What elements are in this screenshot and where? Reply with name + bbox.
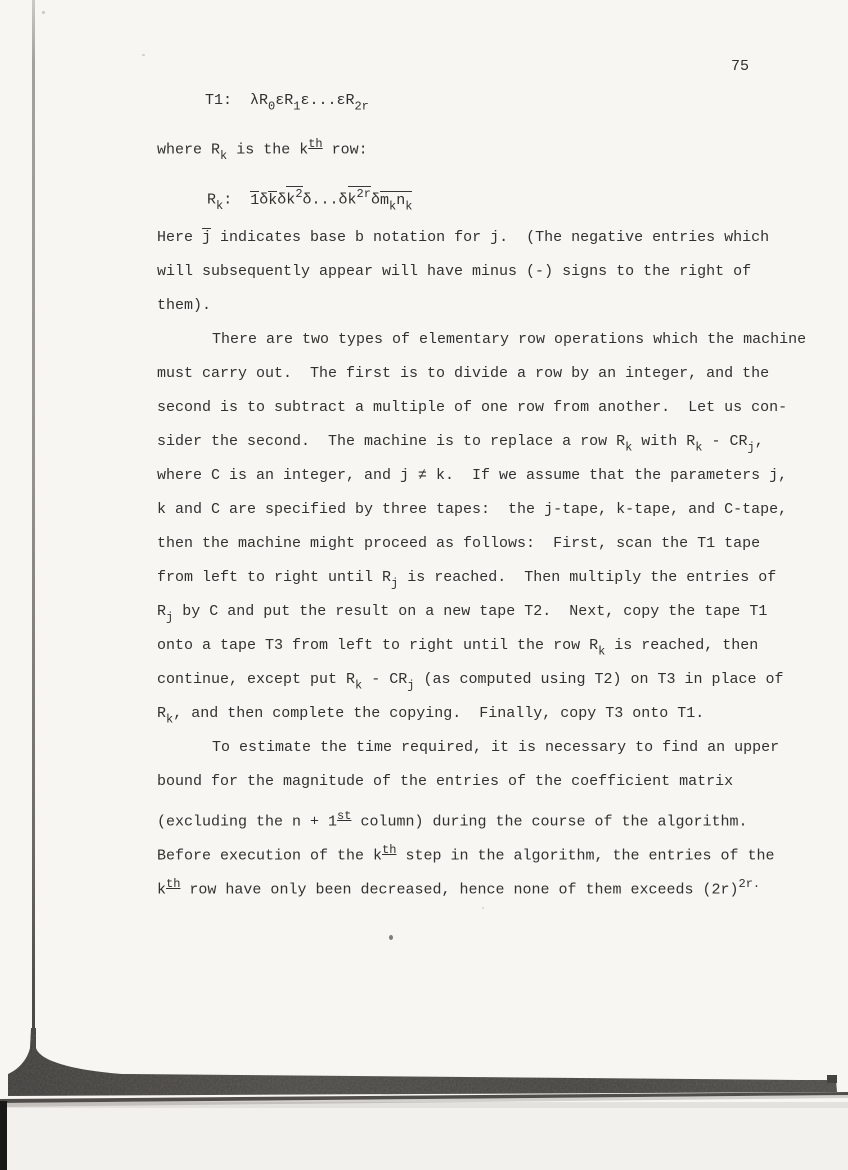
text-line: Rj by C and put the result on a new tape… [157, 595, 837, 629]
text-line: bound for the magnitude of the entries o… [157, 765, 837, 799]
text-line: them). [157, 289, 837, 323]
formula-rk-row: Rk: 1δkδk2δ...δk2rδmknk [207, 186, 412, 216]
text-line: will subsequently appear will have minus… [157, 255, 837, 289]
text-line: from left to right until Rj is reached. … [157, 561, 837, 595]
text-line: There are two types of elementary row op… [157, 323, 837, 357]
scan-bottom-artifact [0, 1028, 848, 1170]
scan-speck [389, 935, 393, 940]
scanned-page: 75 T1: λR0εR1ε...εR2r where Rk is the kt… [0, 0, 848, 1170]
text-line: sider the second. The machine is to repl… [157, 425, 837, 459]
formula-t1-tape: T1: λR0εR1ε...εR2r [205, 91, 369, 116]
page-number: 75 [731, 58, 749, 75]
text-line: second is to subtract a multiple of one … [157, 391, 837, 425]
text-line: Here j indicates base b notation for j. … [157, 221, 837, 255]
body-text: Here j indicates base b notation for j. … [157, 221, 837, 901]
scan-speck [482, 907, 484, 909]
bar-right-nub [827, 1075, 837, 1083]
text-line: where C is an integer, and j ≠ k. If we … [157, 459, 837, 493]
text-line: continue, except put Rk - CRj (as comput… [157, 663, 837, 697]
text-line: (excluding the n + 1st column) during th… [157, 799, 837, 833]
text-line: Rk, and then complete the copying. Final… [157, 697, 837, 731]
text-line: k and C are specified by three tapes: th… [157, 493, 837, 527]
text-line: To estimate the time required, it is nec… [157, 731, 837, 765]
book-binding-line [32, 0, 35, 1046]
scan-speck [142, 54, 145, 56]
next-page-edge [0, 1102, 848, 1170]
text-line: kth row have only been decreased, hence … [157, 867, 837, 901]
text-line: then the machine might proceed as follow… [157, 527, 837, 561]
formula-where-row: where Rk is the kth row: [157, 134, 368, 166]
corner-shadow [0, 1101, 7, 1170]
text-line: onto a tape T3 from left to right until … [157, 629, 837, 663]
text-line: must carry out. The first is to divide a… [157, 357, 837, 391]
scan-speck [42, 11, 45, 14]
text-line: Before execution of the kth step in the … [157, 833, 837, 867]
